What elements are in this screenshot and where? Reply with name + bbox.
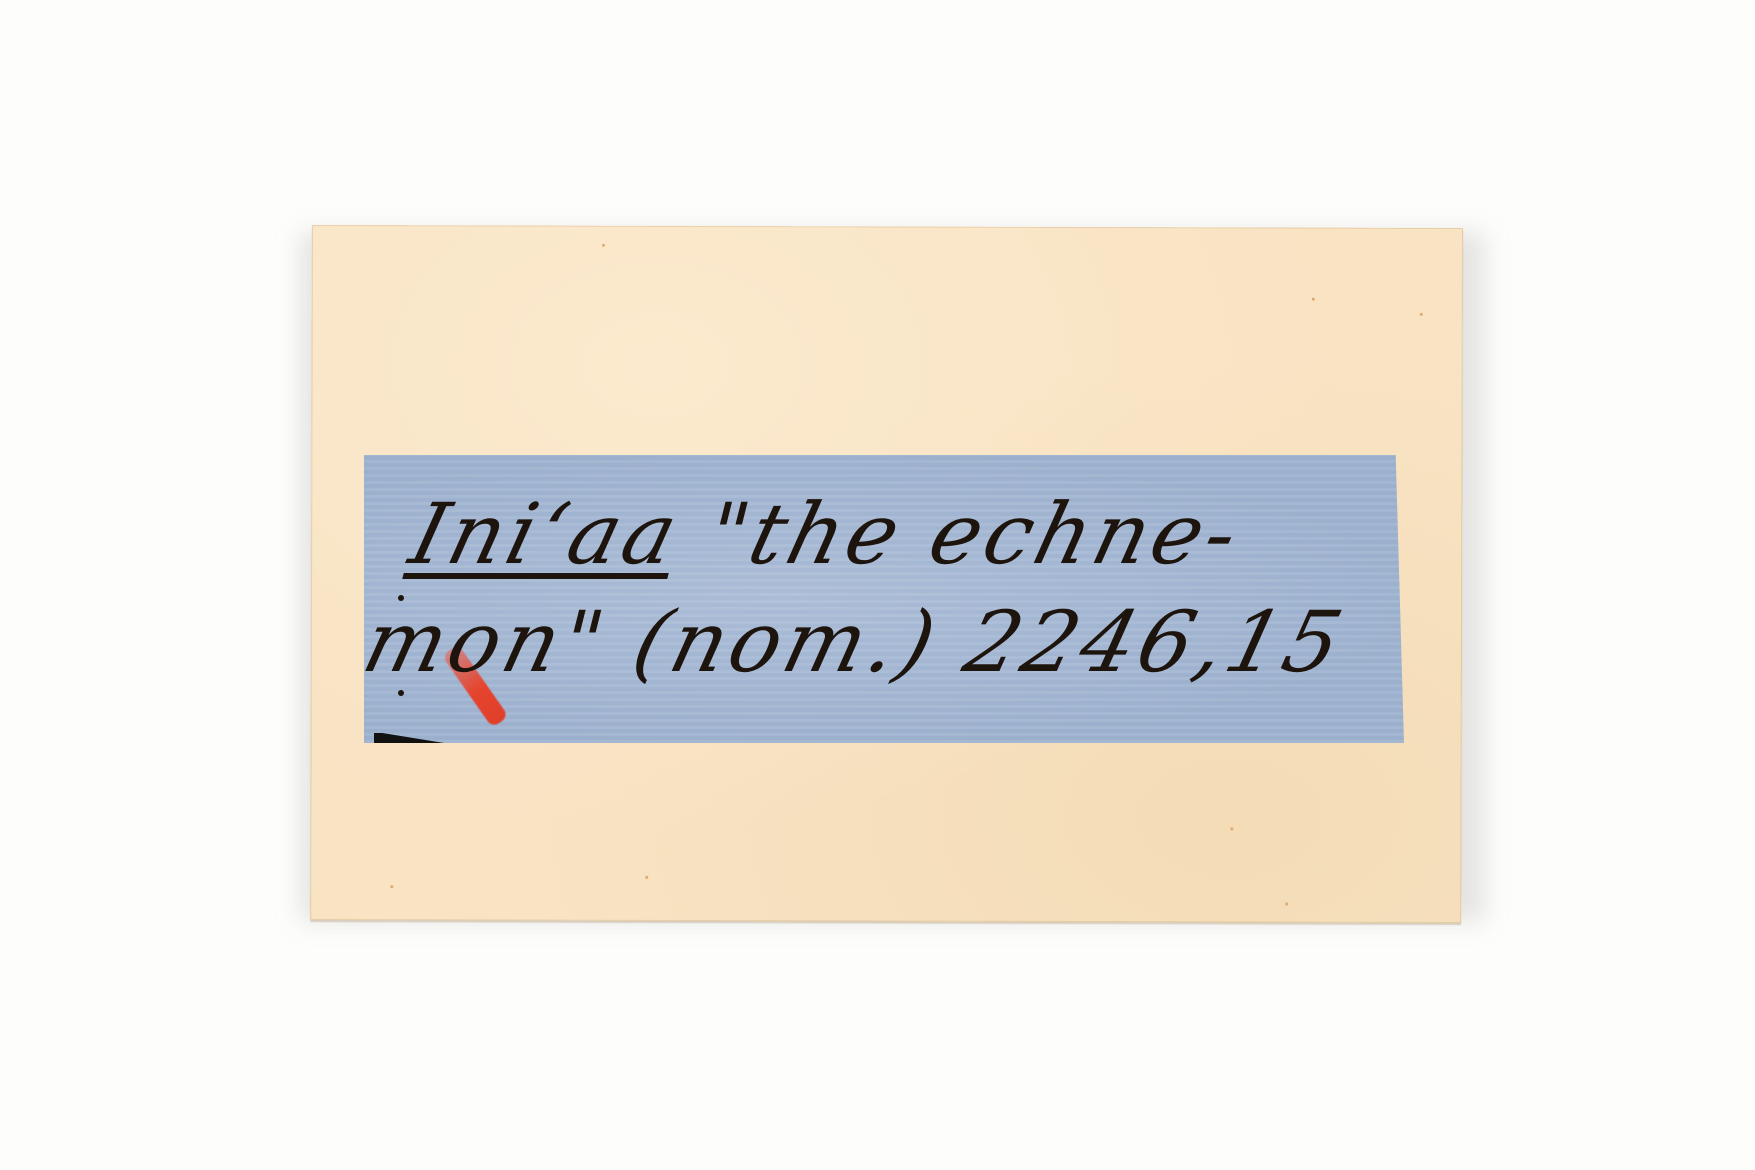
paper-speck (1230, 827, 1233, 830)
gloss-start: "the echne- (666, 485, 1251, 583)
handwriting-line-2: mon" (nom.) 2246,15 (353, 588, 1400, 696)
paper-speck (390, 885, 393, 888)
paper-speck (602, 244, 605, 247)
handwritten-text: Iniʻaa "the echne- mon" (nom.) 2246,15 (373, 480, 1427, 696)
paper-speck (1312, 298, 1315, 301)
headword: Iniʻaa (401, 485, 690, 583)
paper-speck (1420, 313, 1423, 316)
photograph: Iniʻaa "the echne- mon" (nom.) 2246,15 (0, 0, 1755, 1170)
paper-speck (645, 876, 648, 879)
handwriting-line-1: Iniʻaa "the echne- (400, 480, 1427, 588)
paper-speck (1285, 903, 1288, 906)
